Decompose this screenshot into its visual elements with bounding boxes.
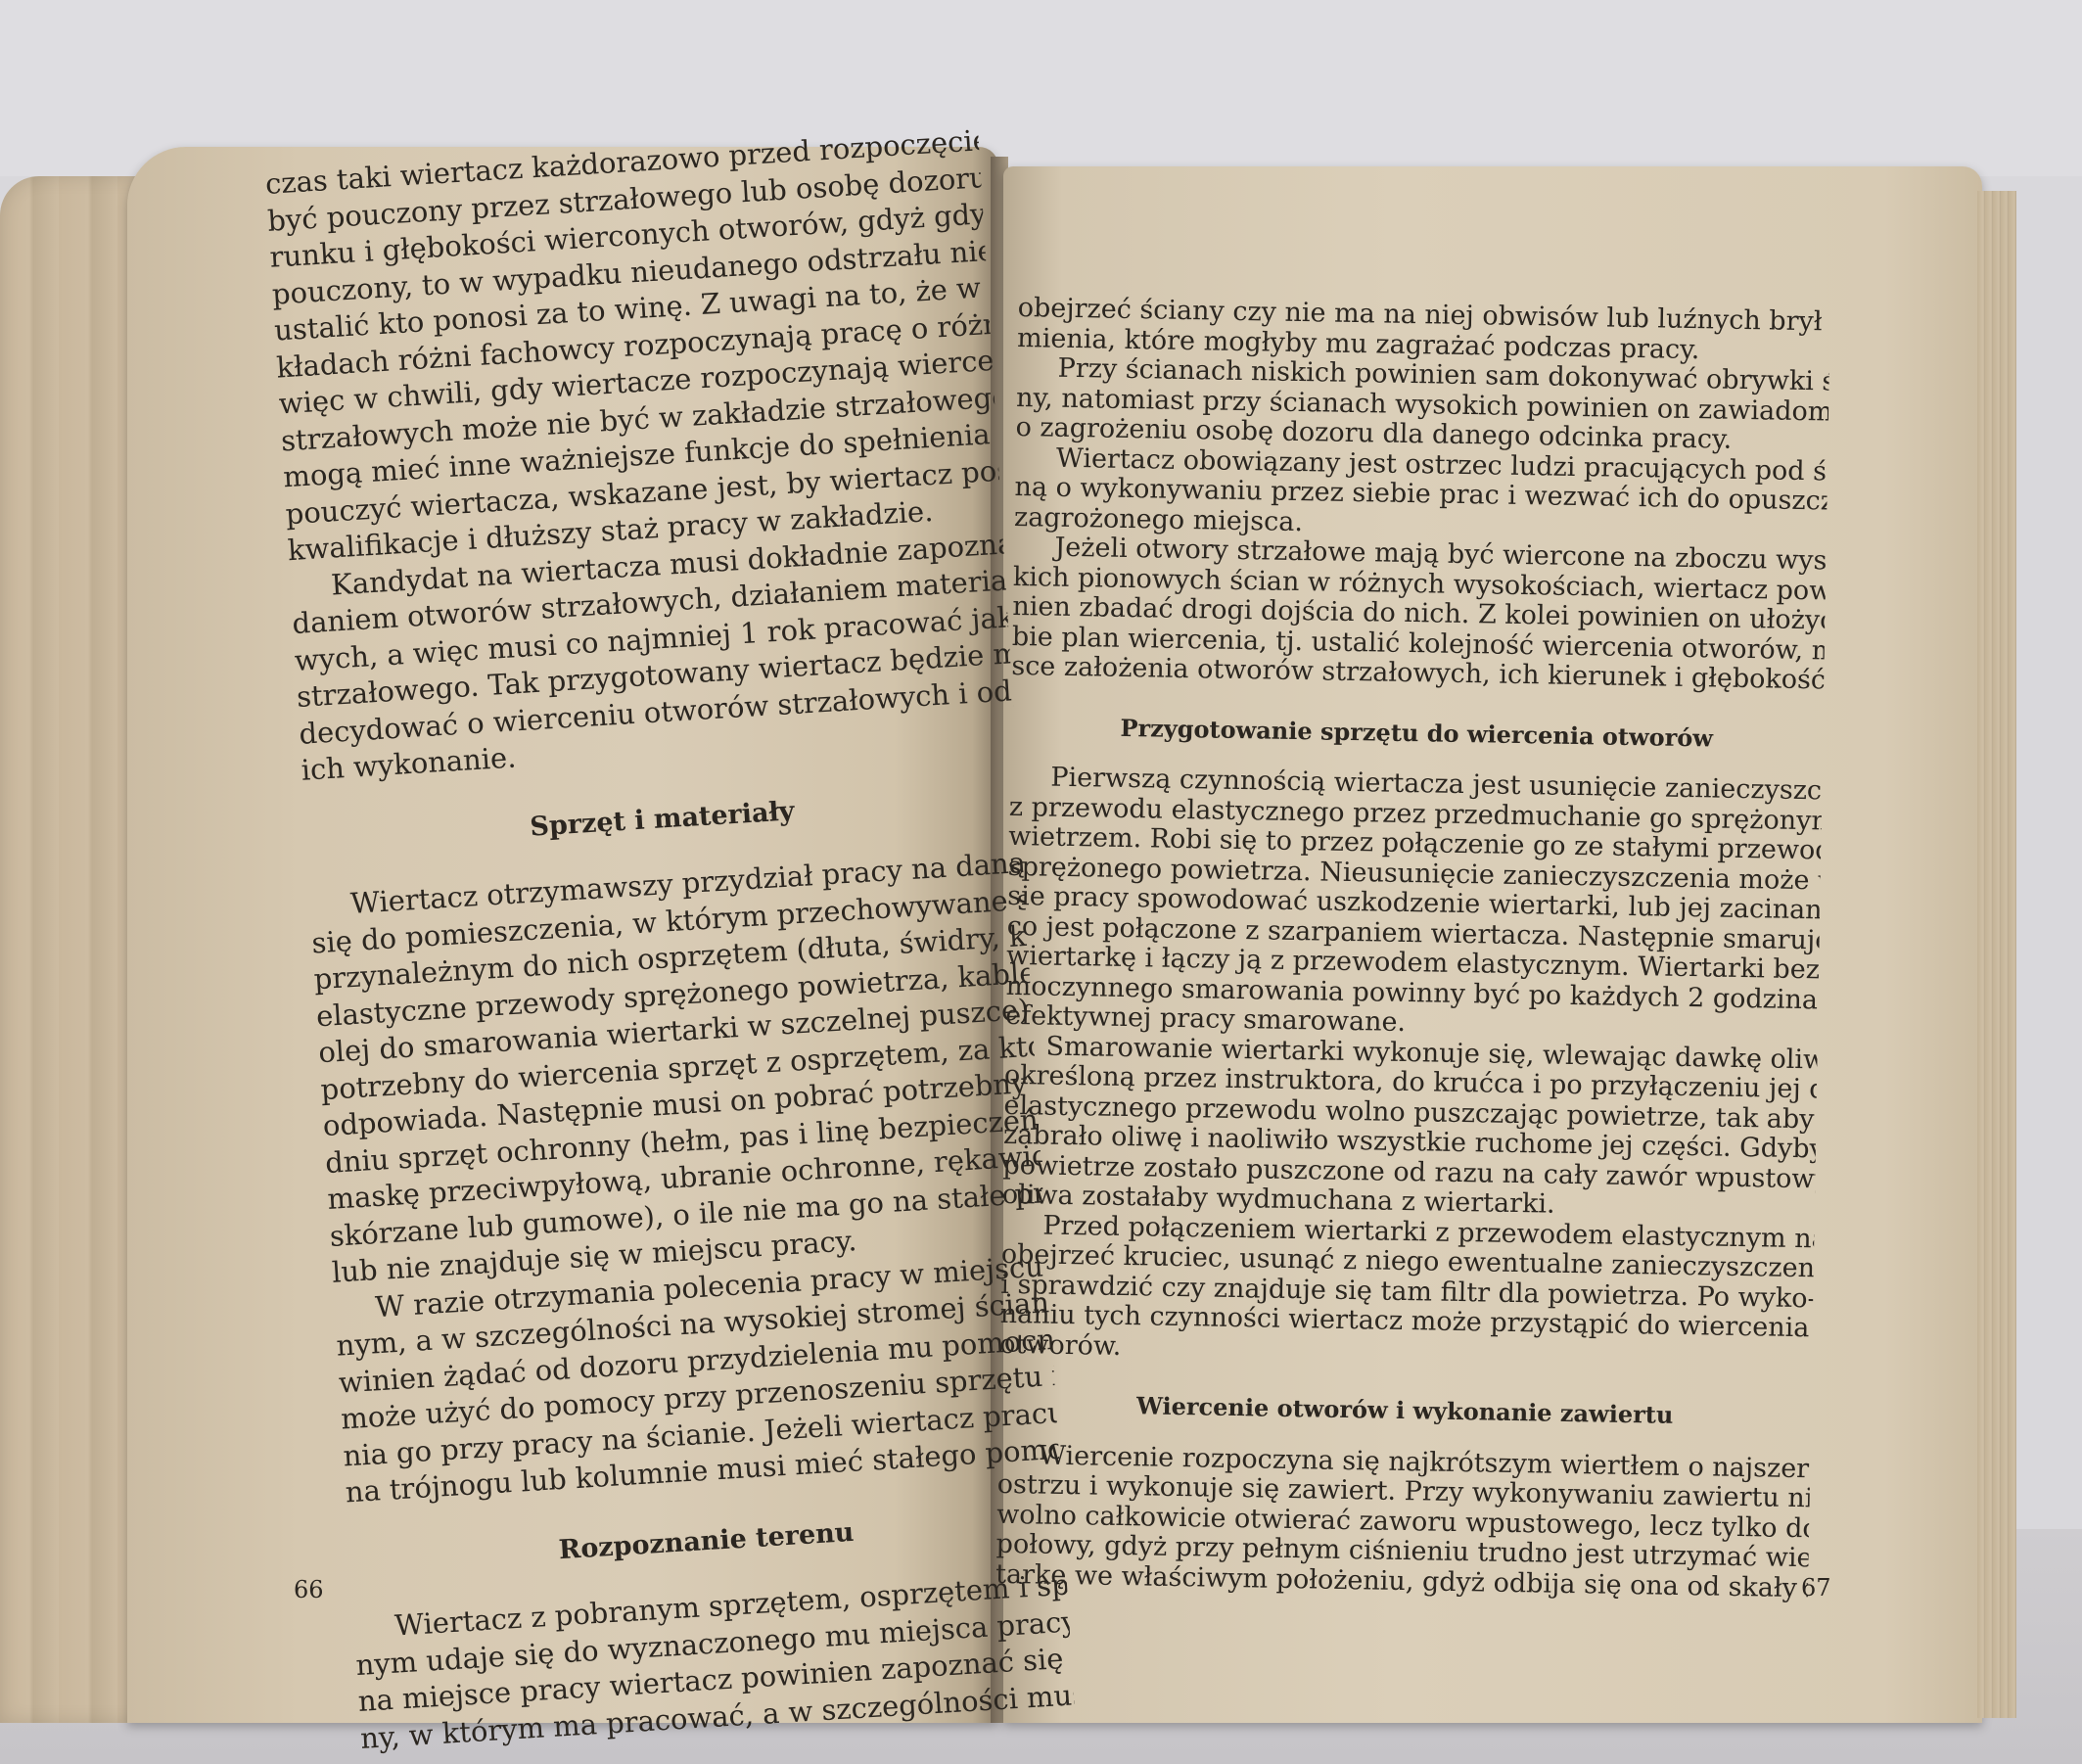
right-page-stack-edges (1977, 191, 2016, 1718)
drilling-paragraph-1: Wiercenie rozpoczyna się najkrótszym wie… (995, 1440, 1811, 1603)
left-intro-paragraph: czas taki wiertacz każdorazowo przed roz… (264, 122, 1002, 569)
equipment-paragraph-2: W razie otrzymania polecenia pracy w mie… (333, 1248, 1059, 1511)
left-page-text: czas taki wiertacz każdorazowo przed roz… (264, 122, 1075, 1757)
section-heading-equipment: Sprzęt i materiały (304, 779, 1020, 859)
slope-paragraph: Jeżeli otwory strzałowe mają być wiercon… (1011, 533, 1827, 696)
warning-paragraph: Wiertacz obowiązany jest ostrzec ludzi p… (1014, 442, 1828, 546)
preparation-paragraph-3: Przed połączeniem wiertarki z przewodem … (999, 1210, 1815, 1373)
left-candidate-paragraph: Kandydat na wiertacza musi dokładnie zap… (289, 526, 1015, 789)
preparation-paragraph-2: Smarowanie wiertarki wykonuje się, wlewa… (1002, 1031, 1818, 1224)
low-walls-paragraph: Przy ścianach niskich powinien sam dokon… (1015, 353, 1828, 457)
page-number-left: 66 (294, 1576, 324, 1603)
section-heading-drilling: Wiercenie otworów i wykonanie zawiertu (998, 1389, 1811, 1433)
section-heading-terrain: Rozpoznanie terenu (348, 1501, 1064, 1581)
equipment-paragraph-1: Wiertacz otrzymawszy przydział pracy na … (308, 845, 1046, 1291)
page-number-right: 67 (1801, 1574, 1831, 1602)
section-heading-preparation: Przygotowanie sprzętu do wiercenia otwor… (1010, 711, 1823, 755)
preparation-paragraph-1: Pierwszą czynnością wiertacza jest usuni… (1005, 763, 1823, 1045)
right-page-text: obejrzeć ściany czy nie ma na niej obwis… (995, 294, 1830, 1603)
